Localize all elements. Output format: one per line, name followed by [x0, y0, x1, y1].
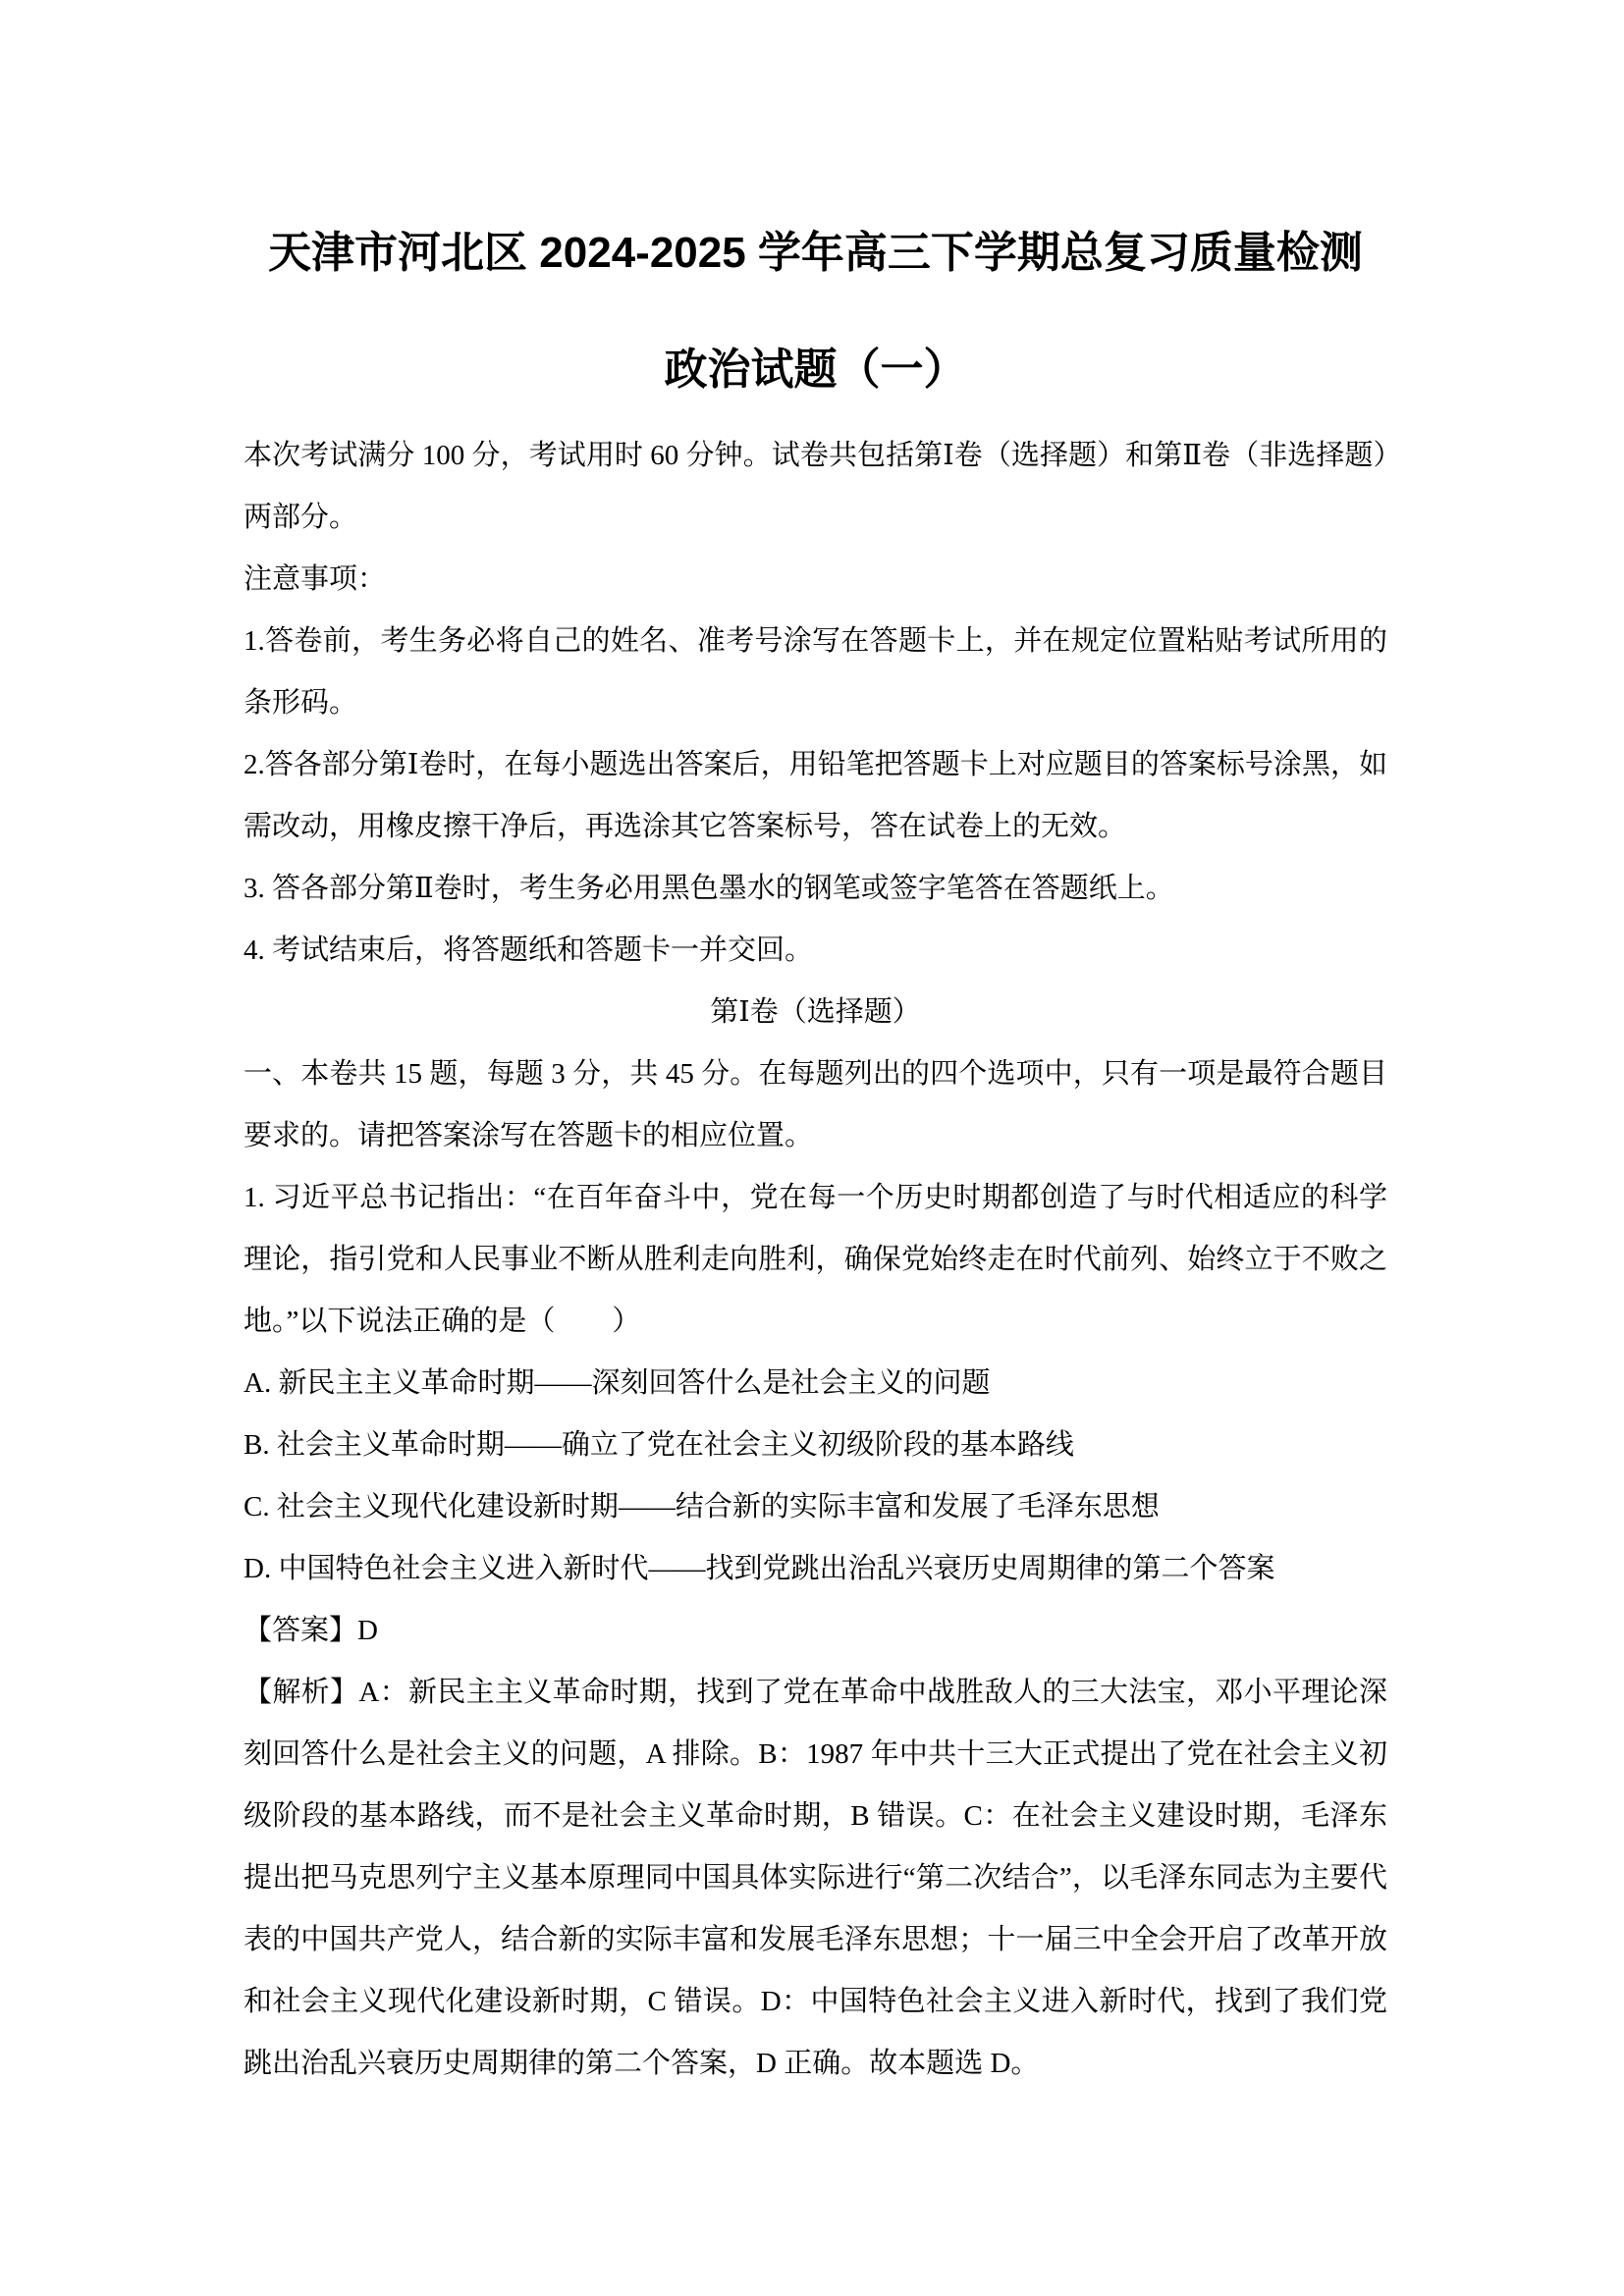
question1-answer-line: 【答案】D	[244, 1600, 1387, 1662]
answer-label: 【答案】	[244, 1615, 357, 1646]
question1-option-c: C. 社会主义现代化建设新时期——结合新的实际丰富和发展了毛泽东思想	[244, 1476, 1387, 1538]
analysis-label: 【解析】	[244, 1677, 358, 1708]
notes-heading: 注意事项：	[244, 549, 1387, 611]
exam-body: 本次考试满分 100 分，考试用时 60 分钟。试卷共包括第Ⅰ卷（选择题）和第Ⅱ…	[244, 425, 1387, 2095]
question1-stem: 1. 习近平总书记指出：“在百年奋斗中，党在每一个历史时期都创造了与时代相适应的…	[244, 1167, 1387, 1353]
question1-analysis-line: 【解析】A：新民主主义革命时期，找到了党在革命中战胜敌人的三大法宝，邓小平理论深…	[244, 1662, 1387, 2095]
question1-option-a: A. 新民主主义革命时期——深刻回答什么是社会主义的问题	[244, 1353, 1387, 1415]
note-item-1: 1.答卷前，考生务必将自己的姓名、准考号涂写在答题卡上，并在规定位置粘贴考试所用…	[244, 611, 1387, 734]
note-item-4: 4. 考试结束后，将答题纸和答题卡一并交回。	[244, 920, 1387, 982]
exam-paper-page: 天津市河北区 2024-2025 学年高三下学期总复习质量检测 政治试题（一） …	[0, 0, 1624, 2296]
question1-option-d: D. 中国特色社会主义进入新时代——找到党跳出治乱兴衰历史周期律的第二个答案	[244, 1538, 1387, 1600]
exam-intro-paragraph: 本次考试满分 100 分，考试用时 60 分钟。试卷共包括第Ⅰ卷（选择题）和第Ⅱ…	[244, 425, 1387, 549]
section1-heading: 第Ⅰ卷（选择题）	[244, 982, 1387, 1043]
analysis-text: A：新民主主义革命时期，找到了党在革命中战胜敌人的三大法宝，邓小平理论深刻回答什…	[244, 1677, 1387, 2079]
note-item-2: 2.答各部分第Ⅰ卷时，在每小题选出答案后，用铅笔把答题卡上对应题目的答案标号涂黑…	[244, 734, 1387, 858]
exam-subtitle: 政治试题（一）	[244, 348, 1387, 392]
section1-instruction: 一、本卷共 15 题，每题 3 分，共 45 分。在每题列出的四个选项中，只有一…	[244, 1043, 1387, 1167]
answer-value: D	[357, 1615, 378, 1646]
question1-option-b: B. 社会主义革命时期——确立了党在社会主义初级阶段的基本路线	[244, 1415, 1387, 1476]
note-item-3: 3. 答各部分第Ⅱ卷时，考生务必用黑色墨水的钢笔或签字笔答在答题纸上。	[244, 858, 1387, 920]
exam-title: 天津市河北区 2024-2025 学年高三下学期总复习质量检测	[244, 232, 1387, 275]
